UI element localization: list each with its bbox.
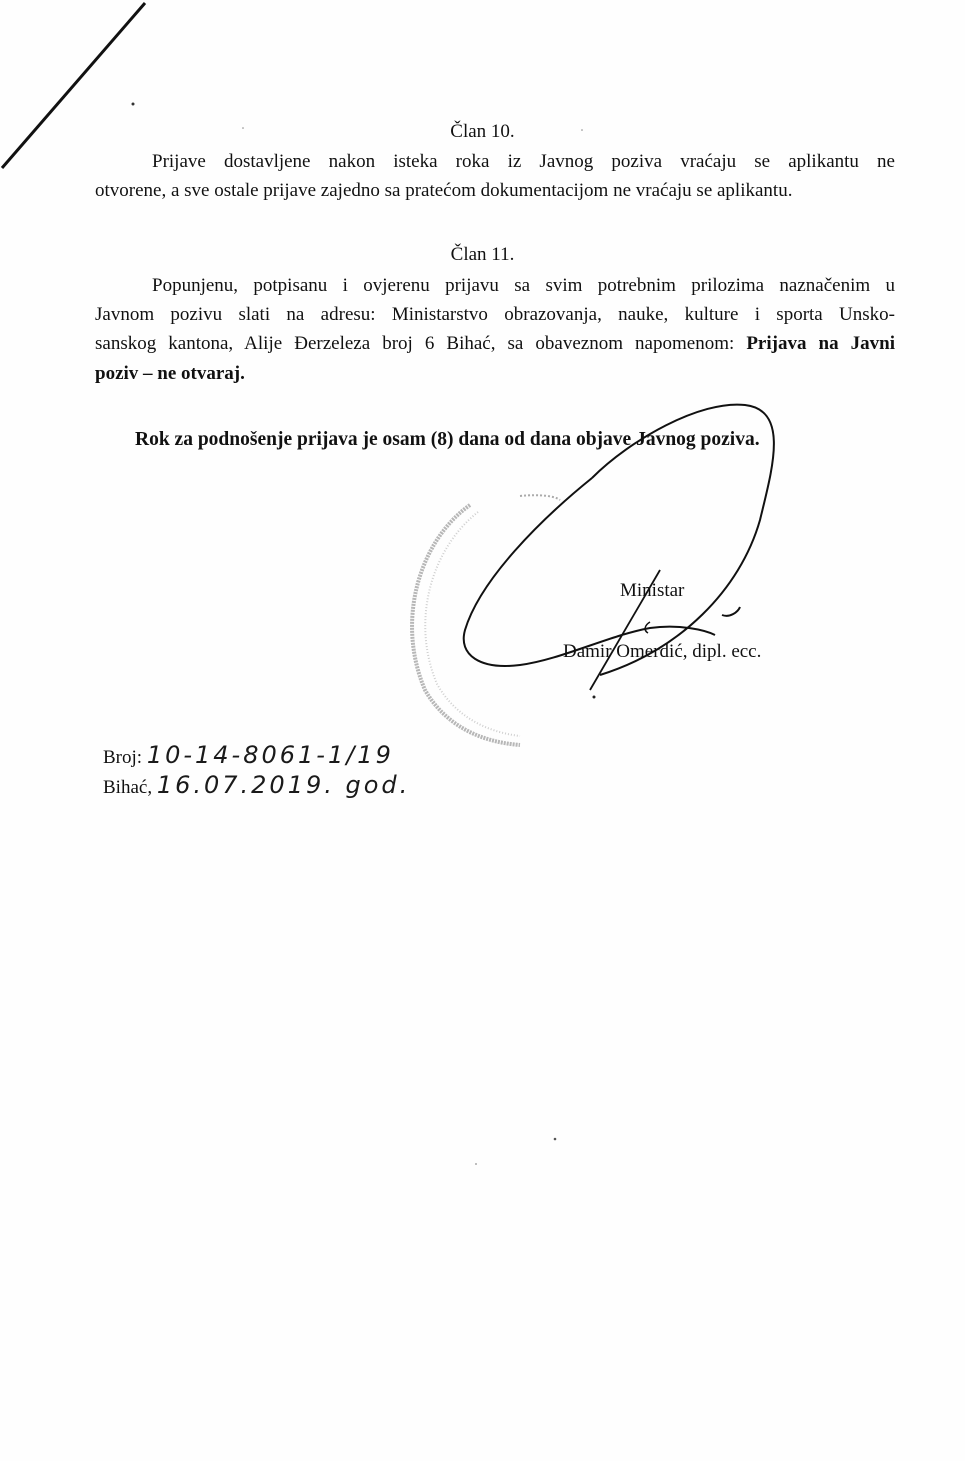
reference-date: Bihać, 16.07.2019. god. — [103, 771, 410, 799]
article-10-line-1: Prijave dostavljene nakon isteka roka iz… — [152, 151, 895, 173]
address-text: sanskog kantona, Alije Đerzeleza broj 6 … — [95, 333, 746, 354]
article-10-heading: Član 10. — [0, 121, 965, 143]
reference-place-label: Bihać, — [103, 777, 152, 798]
article-11-line-2: Javnom pozivu slati na adresu: Ministars… — [95, 304, 895, 326]
reference-number-label: Broj: — [103, 747, 142, 768]
article-11-heading: Član 11. — [0, 244, 965, 266]
reference-number: Broj: 10-14-8061-1/19 — [103, 741, 394, 769]
article-11-line-1: Popunjenu, potpisanu i ovjerenu prijavu … — [152, 275, 895, 297]
reference-date-handwritten: 16.07.2019. god. — [157, 771, 410, 799]
deadline-notice: Rok za podnošenje prijava je osam (8) da… — [135, 429, 760, 451]
article-11-line-4: poziv – ne otvaraj. — [95, 363, 245, 385]
scanned-document-page: Član 10. Prijave dostavljene nakon istek… — [0, 0, 965, 1461]
scan-noise-specks — [0, 0, 965, 1461]
pen-stroke-decoration — [0, 0, 965, 1461]
signature-and-stamp — [0, 0, 965, 1461]
article-10-line-2: otvorene, a sve ostale prijave zajedno s… — [95, 180, 792, 202]
article-11-line-3: sanskog kantona, Alije Đerzeleza broj 6 … — [95, 333, 895, 355]
envelope-note-bold: Prijava na Javni — [746, 333, 895, 354]
signature-name: Damir Omerdić, dipl. ecc. — [563, 641, 761, 663]
signature-title: Ministar — [620, 580, 684, 602]
reference-number-handwritten: 10-14-8061-1/19 — [147, 741, 394, 769]
